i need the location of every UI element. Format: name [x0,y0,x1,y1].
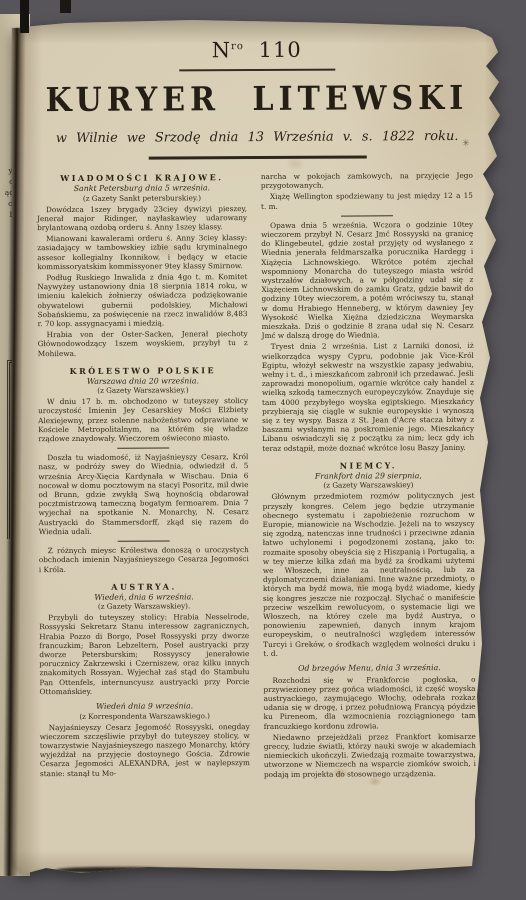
newspaper-page-wrap: Nro 110 KURYER LITEWSKI w Wilnie we Srzo… [12,18,509,876]
issue-superscript: ro [231,41,244,52]
article-paragraph: Podług Ruskiego Inwalida z dnia 4go t. m… [37,272,247,328]
ink-smudge-small [162,868,202,872]
article-source: (z Gazety Warszawskiey). [39,601,249,611]
article-columns: WIADOMOŚCI KRAJOWE.Sankt Petersburg dnia… [37,171,481,780]
issue-number-line: Nro 110 [36,37,477,63]
article-paragraph: Rozchodzi się w Frankforcie pogłoska, o … [263,674,475,730]
article-paragraph: Przybyli do tuteyszey stolicy: Hrabia Ne… [39,612,249,696]
article-paragraph: W dniu 17 b. m. obchodzono w tuteyszey s… [38,396,248,443]
ink-smudge [56,867,174,873]
separator-rule [341,215,393,216]
printer-ornament: ✳ [462,139,470,149]
article-paragraph: Doszła tu wiadomość, iż Nayjaśnieyszy Ce… [38,452,248,536]
issue-number: 110 [259,38,302,62]
article-dateline: Od brzegów Menu, dnia 3 września. [263,663,475,674]
newspaper-title: KURYER LITEWSKI [36,79,477,120]
newspaper-page: Nro 110 KURYER LITEWSKI w Wilnie we Srzo… [12,18,509,876]
article-source: (z Gazety Sankt petersburskiey.) [37,193,247,203]
article-source: (z Gazety Warszawskiey) [262,480,474,490]
scan-background: y ta-celuądzą-czącbra- } zc-ą daanieoń? … [0,0,526,900]
article-paragraph: Głównym przedmiotem rozmów politycznych … [262,491,475,658]
separator-rule [118,541,170,542]
article-paragraph: Hrabia von der Oster-Sacken, Jenerał pie… [38,329,248,358]
article-paragraph: Xiążę Wellington spodziewany tu jest mię… [261,191,473,211]
article-paragraph: Nayjaśnieyszy Cesarz Jegomość Rossyyski,… [40,722,250,778]
bookmark-tab-small [60,0,71,13]
section-heading: NIEMCY. [262,460,474,471]
masthead-rule-thin [179,69,335,72]
section-heading: KRÓLESTWO POLSKIE [38,365,248,376]
section-heading: AUSTRYA. [39,581,249,592]
column-right: narcha w pokojach zamkowych, na przyjęci… [261,171,476,779]
article-paragraph: Opawa dnia 5 września. Wczora o godzinie… [261,220,474,341]
article-paragraph: narcha w pokojach zamkowych, na przyjęci… [261,171,473,191]
article-paragraph: Z różnych mieysc Królestwa donoszą o uro… [39,545,249,574]
issue-prefix: N [212,38,232,62]
page-content: Nro 110 KURYER LITEWSKI w Wilnie we Srzo… [10,17,511,780]
masthead-dateline: w Wilnie we Srzodę dnia 13 Września v. s… [37,129,478,146]
article-source: (z Korrespondenta Warszawskiego.) [40,711,250,721]
section-heading: WIADOMOŚCI KRAJOWE. [37,172,247,183]
article-source: (z Gazety Warszawskiey.) [38,385,248,395]
column-left: WIADOMOŚCI KRAJOWE.Sankt Petersburg dnia… [37,172,250,778]
masthead-rule-thick [148,155,366,159]
article-paragraph: Niedawno przejeżdżali przez Frankfort ko… [264,732,476,779]
scanned-newspaper-screenshot: { "theme":{"bg":"#57555a","paper":"#d6cc… [0,0,526,900]
separator-rule [117,448,169,449]
bookmark-tab [20,0,29,33]
article-paragraph: Tryest dnia 2 września. List z Larniki d… [262,341,475,453]
article-paragraph: Mianowani kawalerami orderu ś. Anny 3cie… [37,233,247,271]
article-paragraph: Dowódzca 1szey brygady 23ciey dywizyi pi… [37,204,247,233]
